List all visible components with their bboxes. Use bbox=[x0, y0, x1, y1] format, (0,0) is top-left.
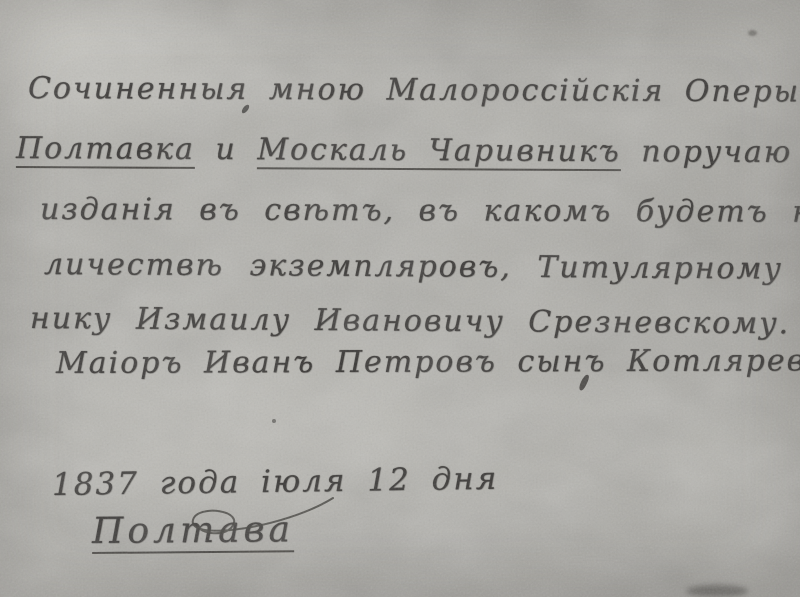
text-segment: и bbox=[195, 132, 258, 167]
date-line: 1837 года іюля 12 дня bbox=[52, 461, 499, 503]
text-segment: поручаю для bbox=[621, 134, 800, 170]
ink-speck bbox=[272, 419, 276, 423]
edge-smudge bbox=[686, 585, 748, 597]
text-segment: Сочиненныя мною Малороссійскія Оперы: bbox=[28, 71, 800, 110]
manuscript-line-2: Полтавка и Москаль Чаривникъ поручаю для bbox=[16, 131, 800, 173]
place-line: Полтава bbox=[92, 509, 294, 554]
underlined-word-poltava: Полтава bbox=[92, 512, 294, 554]
text-segment: Маіоръ Иванъ Петровъ сынъ Котляревскій. bbox=[56, 343, 800, 381]
manuscript-line-1: Сочиненныя мною Малороссійскія Оперы: На… bbox=[28, 71, 800, 112]
manuscript-line-3: изданія въ свѣтъ, въ какомъ будетъ нужно… bbox=[40, 192, 800, 230]
text-segment: личествѣ экземпляровъ, Титулярному совѣт… bbox=[44, 247, 800, 287]
text-segment: изданія въ свѣтъ, въ какомъ будетъ нужно… bbox=[40, 192, 800, 230]
underlined-words-moskal-charivnyk: Москаль Чаривникъ bbox=[257, 135, 621, 171]
ink-speck bbox=[748, 30, 757, 36]
manuscript-line-4: личествѣ экземпляровъ, Титулярному совѣт… bbox=[44, 247, 800, 287]
underlined-word-poltavka: Полтавка bbox=[16, 134, 195, 169]
manuscript-scan: Сочиненныя мною Малороссійскія Оперы: На… bbox=[0, 0, 800, 597]
manuscript-line-5: нику Измаилу Ивановичу Срезневскому. —— bbox=[30, 301, 800, 342]
text-segment: нику Измаилу Ивановичу Срезневскому. —— bbox=[30, 301, 800, 342]
signature-line: Маіоръ Иванъ Петровъ сынъ Котляревскій. bbox=[56, 343, 800, 381]
text-segment: 1837 года іюля 12 дня bbox=[52, 461, 499, 503]
